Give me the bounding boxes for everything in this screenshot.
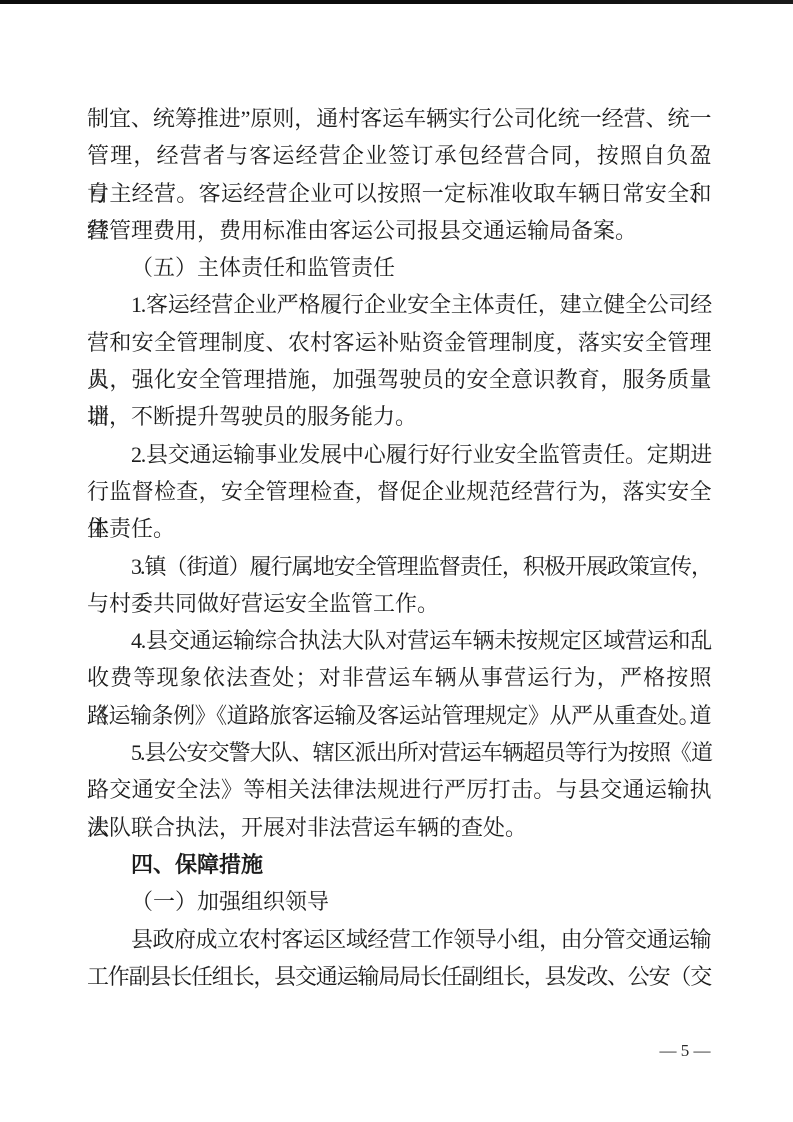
document-page: 制宜、统筹推进”原则，通村客运车辆实行公司化统一经营、统一管理，经营者与客运经营… — [0, 0, 793, 1122]
text-line: 行监督检查，安全管理检查，督促企业规范经营行为，落实安全主 — [87, 473, 711, 510]
text-line: 营管理费用，费用标准由客运公司报县交通运输局备案。 — [87, 212, 711, 249]
text-line: 路运输条例》《道路旅客运输及客运站管理规定》从严从重查处。 — [87, 697, 711, 734]
text-line: 训，不断提升驾驶员的服务能力。 — [87, 398, 711, 435]
document-text: 制宜、统筹推进”原则，通村客运车辆实行公司化统一经营、统一管理，经营者与客运经营… — [87, 100, 711, 995]
text-line: 管理，经营者与客运经营企业签订承包经营合同，按照自负盈亏、 — [87, 137, 711, 174]
text-line: 路交通安全法》等相关法律法规进行严厉打击。与县交通运输执法 — [87, 771, 711, 808]
section-heading: 四、保障措施 — [87, 846, 711, 883]
text-line: 体责任。 — [87, 510, 711, 547]
text-line: 制宜、统筹推进”原则，通村客运车辆实行公司化统一经营、统一 — [87, 100, 711, 137]
text-line: 2.县交通运输事业发展中心履行好行业安全监管责任。定期进 — [87, 436, 711, 473]
subsection-heading: （一）加强组织领导 — [87, 883, 711, 920]
text-line: 收费等现象依法查处；对非营运车辆从事营运行为，严格按照《道 — [87, 659, 711, 696]
text-line: 与村委共同做好营运安全监管工作。 — [87, 585, 711, 622]
text-line: 5.县公安交警大队、辖区派出所对营运车辆超员等行为按照《道 — [87, 734, 711, 771]
text-line: 3.镇（街道）履行属地安全管理监督责任，积极开展政策宣传， — [87, 548, 711, 585]
text-line: 员，强化安全管理措施，加强驾驶员的安全意识教育，服务质量培 — [87, 361, 711, 398]
text-line: 工作副县长任组长，县交通运输局局长任副组长，县发改、公安（交 — [87, 958, 711, 995]
text-line: 4.县交通运输综合执法大队对营运车辆未按规定区域营运和乱 — [87, 622, 711, 659]
text-line: 自主经营。客运经营企业可以按照一定标准收取车辆日常安全和经 — [87, 175, 711, 212]
scan-edge-artifact — [0, 0, 793, 4]
subsection-heading: （五）主体责任和监管责任 — [87, 249, 711, 286]
text-line: 1.客运经营企业严格履行企业安全主体责任，建立健全公司经 — [87, 286, 711, 323]
text-line: 营和安全管理制度、农村客运补贴资金管理制度，落实安全管理人 — [87, 324, 711, 361]
text-line: 县政府成立农村客运区域经营工作领导小组，由分管交通运输 — [87, 921, 711, 958]
page-number: — 5 — — [638, 1040, 732, 1062]
text-line: 大队联合执法，开展对非法营运车辆的查处。 — [87, 809, 711, 846]
